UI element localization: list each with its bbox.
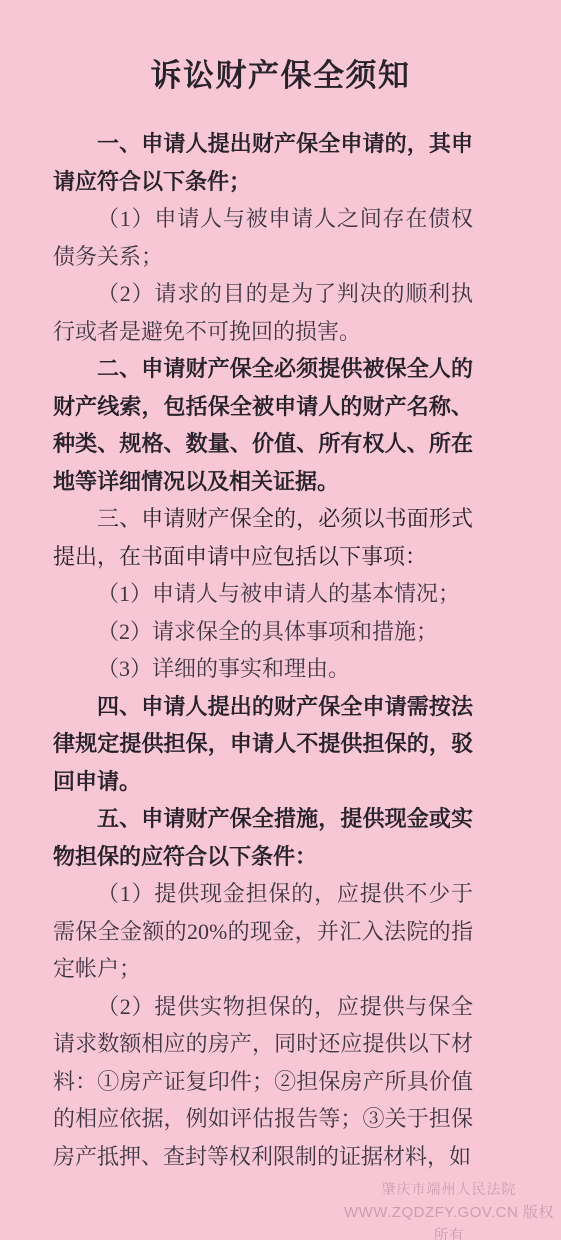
paragraph: 四、申请人提出的财产保全申请需按法律规定提供担保，申请人不提供担保的，驳回申请。 xyxy=(53,688,473,801)
paragraph: （2）提供实物担保的，应提供与保全请求数额相应的房产，同时还应提供以下材料：①房… xyxy=(53,988,473,1176)
paragraph: 一、申请人提出财产保全申请的，其申请应符合以下条件； xyxy=(53,125,473,200)
paragraph: （3）详细的事实和理由。 xyxy=(53,650,473,688)
page-title: 诉讼财产保全须知 xyxy=(0,0,561,95)
paragraph: （2）请求保全的具体事项和措施； xyxy=(53,613,473,651)
paragraph: （2）请求的目的是为了判决的顺利执行或者是避免不可挽回的损害。 xyxy=(53,275,473,350)
paragraph: （1）申请人与被申请人的基本情况； xyxy=(53,575,473,613)
paragraph: 二、申请财产保全必须提供被保全人的财产线索，包括保全被申请人的财产名称、种类、规… xyxy=(53,350,473,500)
paragraph: 三、申请财产保全的，必须以书面形式提出，在书面申请中应包括以下事项： xyxy=(53,500,473,575)
notice-page: 诉讼财产保全须知 一、申请人提出财产保全申请的，其申请应符合以下条件；（1）申请… xyxy=(0,0,561,1240)
paragraph: 五、申请财产保全措施，提供现金或实物担保的应符合以下条件： xyxy=(53,800,473,875)
watermark-court-name: 肇庆市端州人民法院 xyxy=(340,1178,558,1201)
court-watermark: 肇庆市端州人民法院 WWW.ZQDZFY.GOV.CN 版权所有 xyxy=(340,1178,558,1240)
paragraph: （1）提供现金担保的，应提供不少于需保全金额的20%的现金，并汇入法院的指定帐户… xyxy=(53,875,473,988)
paragraph: （1）申请人与被申请人之间存在债权债务关系； xyxy=(53,200,473,275)
notice-body: 一、申请人提出财产保全申请的，其申请应符合以下条件；（1）申请人与被申请人之间存… xyxy=(0,125,473,1175)
watermark-copyright: WWW.ZQDZFY.GOV.CN 版权所有 xyxy=(340,1201,558,1240)
